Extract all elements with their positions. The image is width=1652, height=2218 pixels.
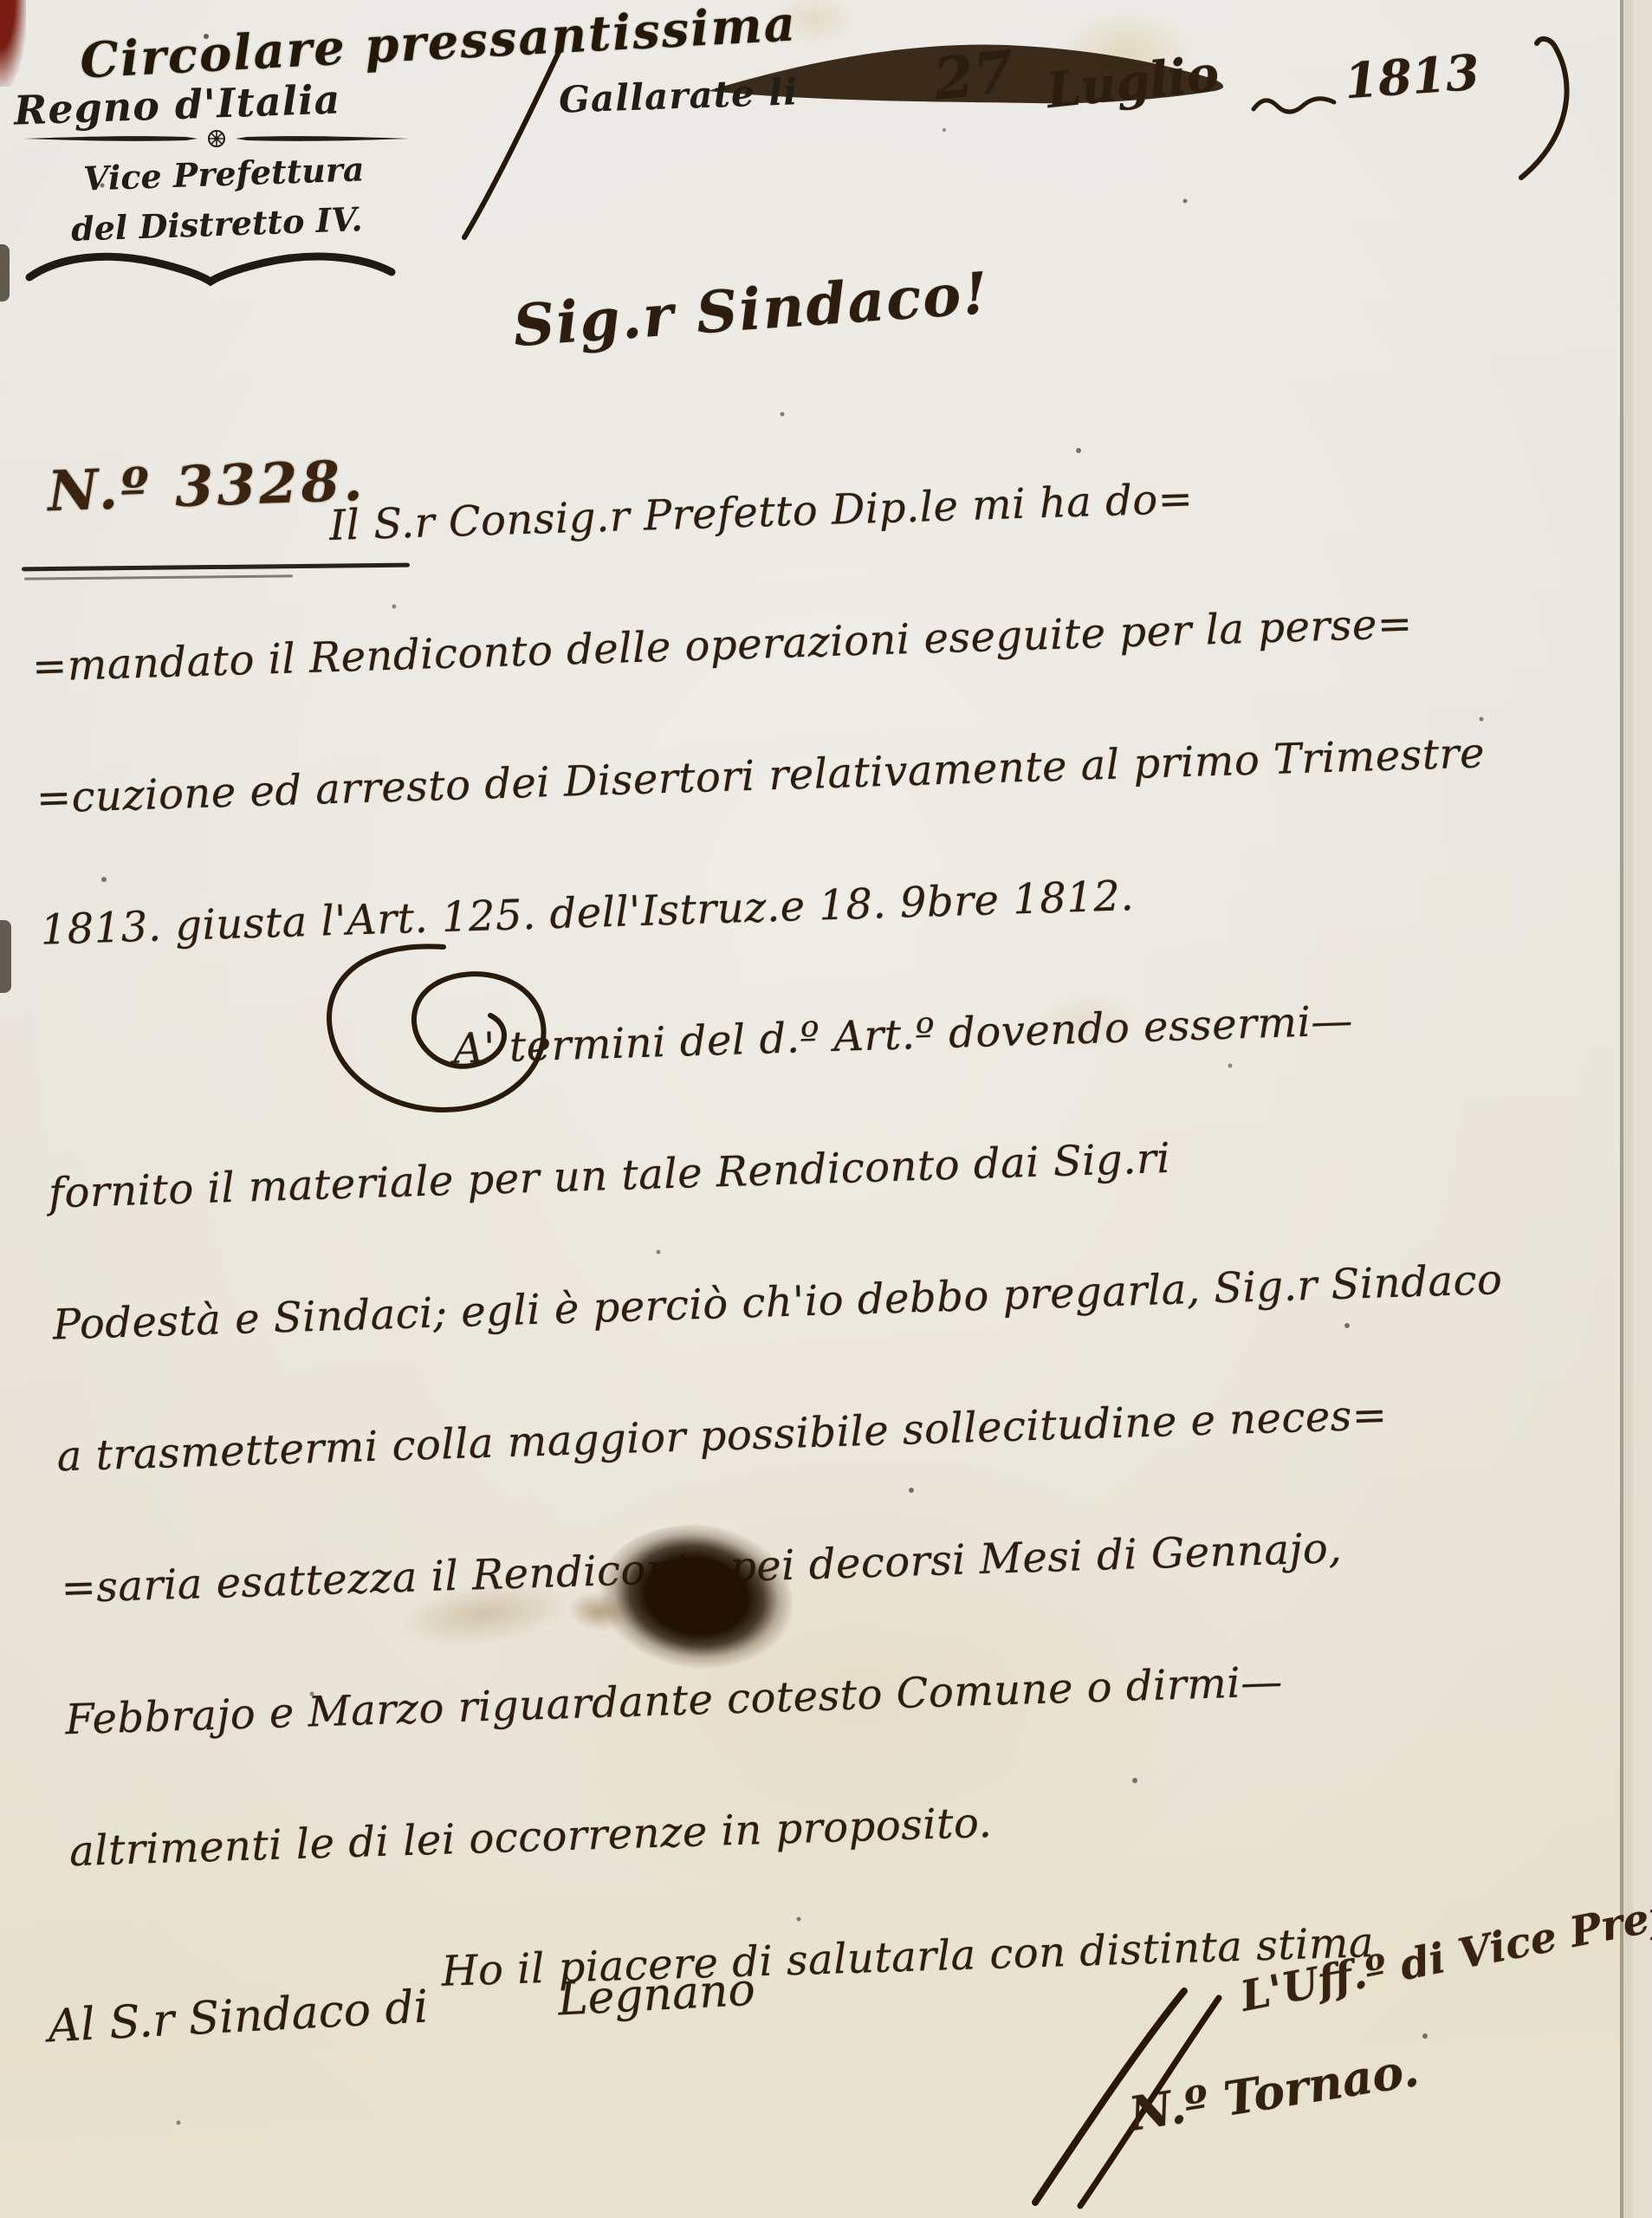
ink-specks [0, 0, 1652, 2218]
letter-page: Circolare pressantissima Regno d'Italia … [0, 0, 1652, 2218]
